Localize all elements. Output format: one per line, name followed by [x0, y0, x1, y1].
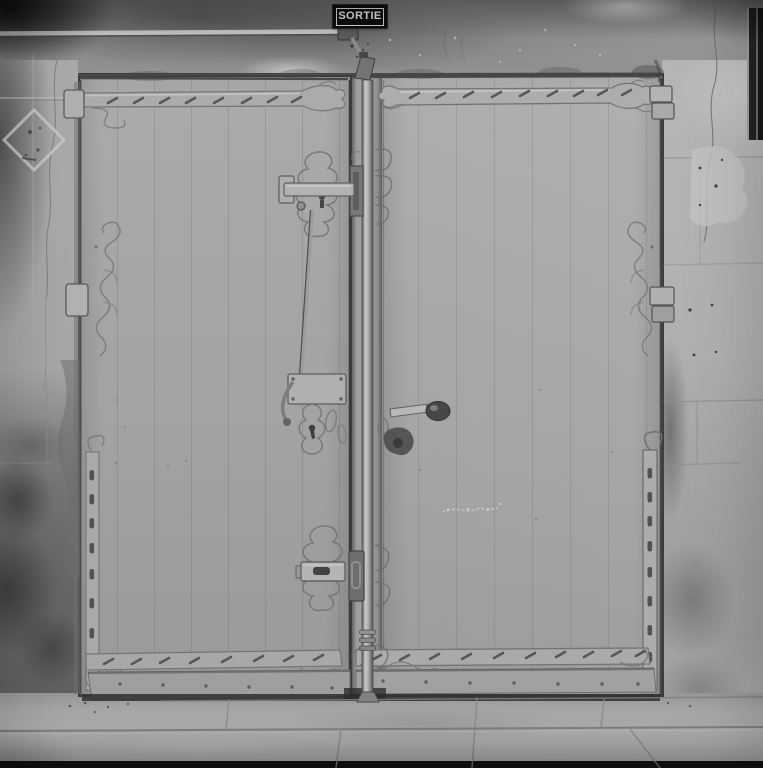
wall-left: [0, 60, 78, 705]
exit-sign-label: SORTIE: [338, 11, 381, 22]
door-leaf-right: [380, 76, 662, 694]
astragal-cover-strip: [352, 76, 382, 694]
exit-sign-frame: SORTIE: [336, 8, 384, 26]
photo-exit-double-door: SORTIE: [0, 0, 763, 768]
exit-sign: SORTIE: [333, 5, 387, 28]
door-leaf-left: [80, 77, 350, 695]
stone-floor: [0, 693, 763, 768]
wall-right: [662, 60, 763, 715]
picture-frame-edge: [747, 8, 763, 140]
photo-border-bottom: [0, 761, 763, 768]
